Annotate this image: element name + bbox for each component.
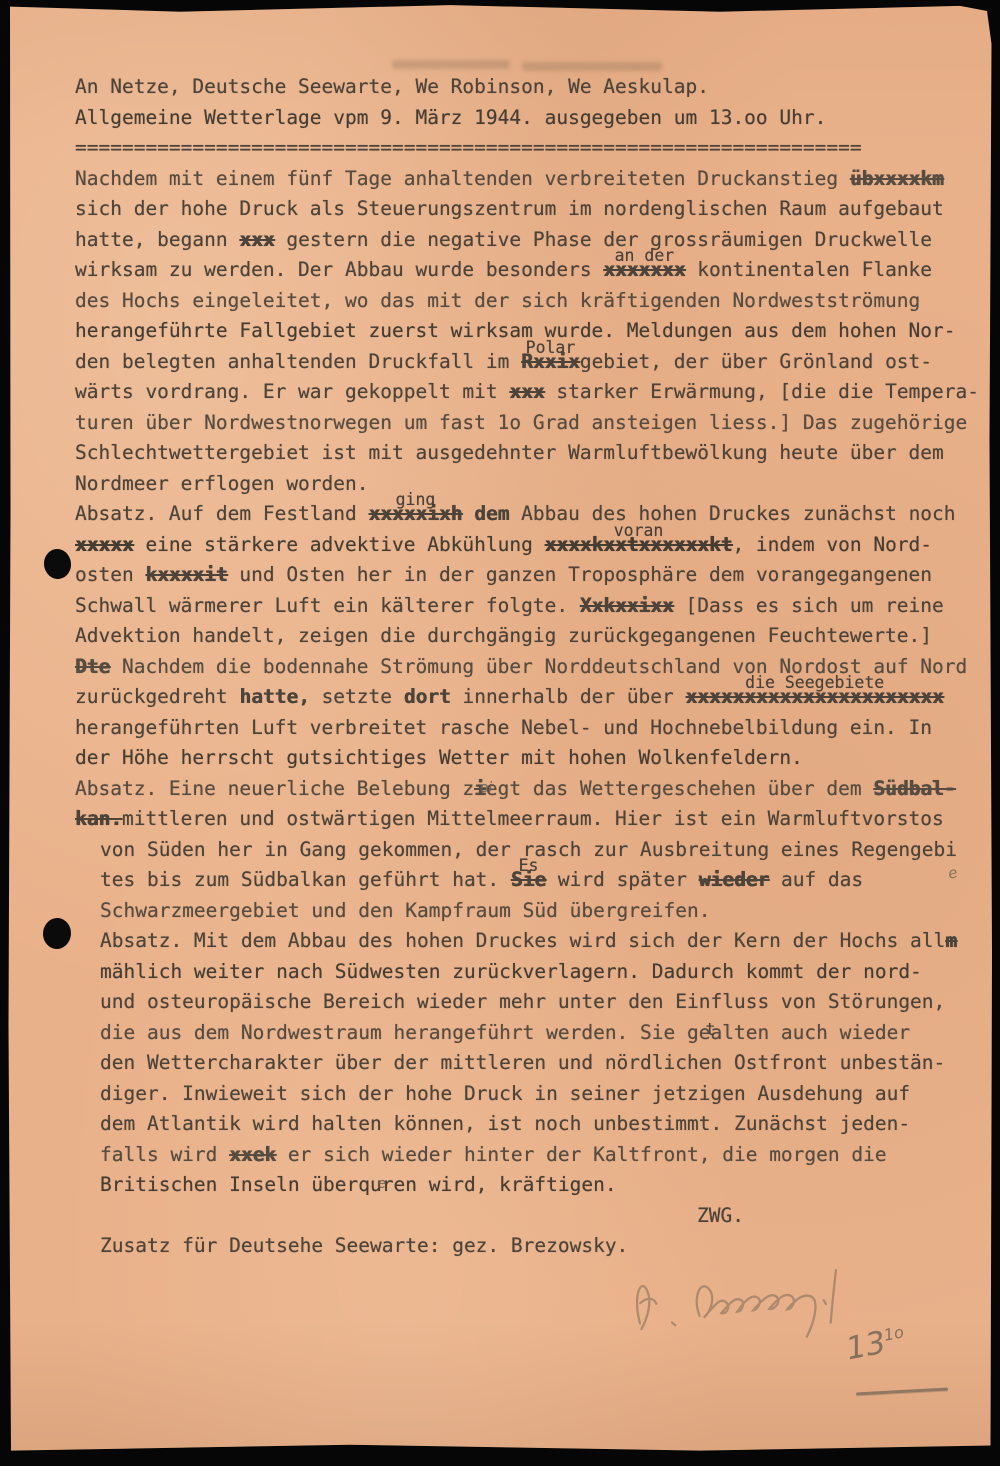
typed-line: Absatz. Mit dem Abbau des hohen Druckes … <box>75 926 1000 957</box>
pencil-underline <box>856 1388 948 1395</box>
typed-line: diger. Inwieweit sich der hohe Druck in … <box>75 1079 1000 1110</box>
typed-line: und osteuropäische Bereich wieder mehr u… <box>75 987 1000 1018</box>
typed-line: Britischen Inseln überqueren wird, kräft… <box>75 1170 1000 1201</box>
typed-line: den Wettercharakter über der mittleren u… <box>75 1048 1000 1079</box>
typed-line: Absatz. Eine neuerliche Belebung zieiegt… <box>75 774 1000 805</box>
typed-line: wärts vordrang. Er war gekoppelt mit xxx… <box>75 377 1000 408</box>
typed-line: turen über Nordwestnorwegen um fast 1o G… <box>75 408 1000 439</box>
typed-line: wirksam zu werden. Der Abbau wurde beson… <box>75 255 1000 286</box>
typed-line: osten kxxxxit und Osten her in der ganze… <box>75 560 1000 591</box>
typed-line: ========================================… <box>75 133 1000 164</box>
typed-line: die aus dem Nordwestraum herangeführt we… <box>75 1018 1000 1049</box>
typed-line: zurückgedreht hatte, setzte dort innerha… <box>75 682 1000 713</box>
hole-punch-mark <box>42 547 73 580</box>
typed-line: Nordmeer erflogen worden. <box>75 469 1000 500</box>
typed-line: des Hochs eingeleitet, wo das mit der si… <box>75 286 1000 317</box>
typed-line: Allgemeine Wetterlage vpm 9. März 1944. … <box>75 103 1000 134</box>
typed-line: An Netze, Deutsche Seewarte, We Robinson… <box>75 72 1000 103</box>
typed-line: hatte, begann xxx gestern die negative P… <box>75 225 1000 256</box>
typed-line: xxxxx eine stärkere advektive Abkühlung … <box>75 530 1000 561</box>
typed-line: herangeführten Luft verbreitet rasche Ne… <box>75 713 1000 744</box>
typed-line: dem Atlantik wird halten können, ist noc… <box>75 1109 1000 1140</box>
typed-line: mählich weiter nach Südwesten zurückverl… <box>75 957 1000 988</box>
typed-line: falls wird xxek er sich wieder hinter de… <box>75 1140 1000 1171</box>
ink-bleed-mark <box>522 62 662 71</box>
typed-line: der Höhe herrscht gutsichtiges Wetter mi… <box>75 743 1000 774</box>
typed-line: den belegten anhaltenden Druckfall im Rx… <box>75 347 1000 378</box>
typed-line: Advektion handelt, zeigen die durchgängi… <box>75 621 1000 652</box>
typed-text: An Netze, Deutsche Seewarte, We Robinson… <box>75 72 1000 1262</box>
hole-punch-mark <box>42 917 73 950</box>
typed-line: sich der hohe Druck als Steuerungszentru… <box>75 194 1000 225</box>
typed-line: Schlechtwettergebiet ist mit ausgedehnte… <box>75 438 1000 469</box>
typed-line: Absatz. Auf dem Festland xxxxxixhging de… <box>75 499 1000 530</box>
typed-line: Nachdem mit einem fünf Tage anhaltenden … <box>75 164 1000 195</box>
paper-sheet: An Netze, Deutsche Seewarte, We Robinson… <box>0 0 1000 1466</box>
typed-line: Schwarzmeergebiet und den Kampfraum Süd … <box>75 896 1000 927</box>
ink-bleed-mark <box>392 60 510 69</box>
typed-line: kan.mittleren und ostwärtigen Mittelmeer… <box>75 804 1000 835</box>
typed-line: ZWG. <box>75 1201 1000 1232</box>
typed-line: Schwall wärmerer Luft ein kälterer folgt… <box>75 591 1000 622</box>
typed-line: tes bis zum Südbalkan geführt hat. SieEs… <box>75 865 1000 896</box>
